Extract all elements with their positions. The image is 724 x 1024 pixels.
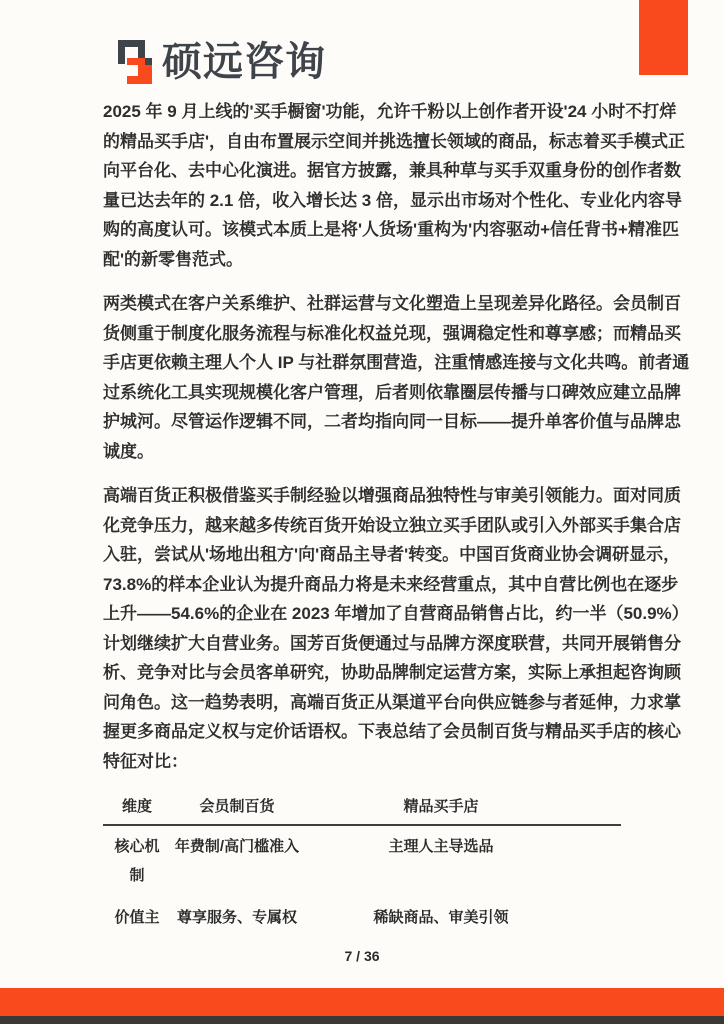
- text-line: 问角色。这一趋势表明，高端百货正从渠道平台向供应链参与者延伸，力求掌: [103, 688, 621, 718]
- paragraph-1: 2025 年 9 月上线的'买手橱窗'功能，允许千粉以上创作者开设'24 小时不…: [103, 97, 621, 274]
- text-line: 上升——54.6%的企业在 2023 年增加了自营商品销售占比，约一半（50.9…: [103, 599, 621, 629]
- table-cell-boutique: 稀缺商品、审美引领: [341, 903, 541, 933]
- text-line: 化竞争压力，越来越多传统百货开始设立独立买手团队或引入外部买手集合店: [103, 511, 621, 541]
- text-line: 两类模式在客户关系维护、社群运营与文化塑造上呈现差异化路径。会员制百: [103, 289, 621, 319]
- bottom-accent-bar: [0, 988, 724, 1016]
- paragraph-3: 高端百货正积极借鉴买手制经验以增强商品独特性与审美引领能力。面对同质化竞争压力，…: [103, 481, 621, 776]
- text-line: 诚度。: [103, 437, 621, 467]
- table-header-row: 维度 会员制百货 精品买手店: [103, 792, 621, 822]
- text-line: 的精品买手店'，自由布置展示空间并挑选擅长领域的商品，标志着买手模式正: [103, 127, 621, 157]
- text-line: 计划继续扩大自营业务。国芳百货便通过与品牌方深度联营，共同开展销售分: [103, 629, 621, 659]
- text-line: 析、竞争对比与会员客单研究，协助品牌制定运营方案，实际上承担起咨询顾: [103, 658, 621, 688]
- text-line: 手店更依赖主理人个人 IP 与社群氛围营造，注重情感连接与文化共鸣。前者通: [103, 348, 621, 378]
- bottom-dark-bar: [0, 1016, 724, 1024]
- table-header-dimension: 维度: [112, 792, 162, 822]
- comparison-table: 维度 会员制百货 精品买手店 核心机制 年费制/高门槛准入 主理人主导选品 价值…: [103, 792, 621, 932]
- text-line: 配'的新零售范式。: [103, 245, 621, 275]
- table-cell-membership: 年费制/高门槛准入: [162, 832, 312, 862]
- text-line: 2025 年 9 月上线的'买手橱窗'功能，允许千粉以上创作者开设'24 小时不…: [103, 97, 621, 127]
- table-row: 价值主 尊享服务、专属权 稀缺商品、审美引领: [103, 891, 621, 933]
- text-line: 护城河。尽管运作逻辑不同，二者均指向同一目标——提升单客价值与品牌忠: [103, 407, 621, 437]
- text-line: 量已达去年的 2.1 倍，收入增长达 3 倍，显示出市场对个性化、专业化内容导: [103, 186, 621, 216]
- table-cell-dimension: 价值主: [112, 903, 162, 933]
- table-cell-boutique: 主理人主导选品: [341, 832, 541, 862]
- top-right-accent-block: [639, 0, 688, 75]
- text-line: 特征对比：: [103, 747, 621, 777]
- text-line: 向平台化、去中心化演进。据官方披露，兼具种草与买手双重身份的创作者数: [103, 156, 621, 186]
- page-number: 7 / 36: [344, 948, 379, 964]
- text-line: 过系统化工具实现规模化客户管理，后者则依靠圈层传播与口碑效应建立品牌: [103, 378, 621, 408]
- company-logo: 硕远咨询: [118, 40, 326, 84]
- shuoyuan-logo-icon: [118, 40, 152, 84]
- text-line: 高端百货正积极借鉴买手制经验以增强商品独特性与审美引领能力。面对同质: [103, 481, 621, 511]
- table-header-membership-dept-store: 会员制百货: [162, 792, 312, 822]
- company-name: 硕远咨询: [162, 40, 326, 84]
- table-row: 核心机制 年费制/高门槛准入 主理人主导选品: [103, 826, 621, 891]
- table-cell-dimension: 核心机制: [112, 832, 162, 891]
- document-body: 2025 年 9 月上线的'买手橱窗'功能，允许千粉以上创作者开设'24 小时不…: [103, 97, 621, 932]
- text-line: 入驻，尝试从'场地出租方'向'商品主导者'转变。中国百货商业协会调研显示，: [103, 540, 621, 570]
- text-line: 货侧重于制度化服务流程与标准化权益兑现，强调稳定性和尊享感；而精品买: [103, 319, 621, 349]
- table-header-boutique-buyer-shop: 精品买手店: [341, 792, 541, 822]
- table-cell-membership: 尊享服务、专属权: [162, 903, 312, 933]
- paragraph-2: 两类模式在客户关系维护、社群运营与文化塑造上呈现差异化路径。会员制百货侧重于制度…: [103, 289, 621, 466]
- page-footer: 7 / 36: [0, 948, 724, 966]
- text-line: 73.8%的样本企业认为提升商品力将是未来经营重点，其中自营比例也在逐步: [103, 570, 621, 600]
- text-line: 握更多商品定义权与定价话语权。下表总结了会员制百货与精品买手店的核心: [103, 717, 621, 747]
- text-line: 购的高度认可。该模式本质上是将'人货场'重构为'内容驱动+信任背书+精准匹: [103, 215, 621, 245]
